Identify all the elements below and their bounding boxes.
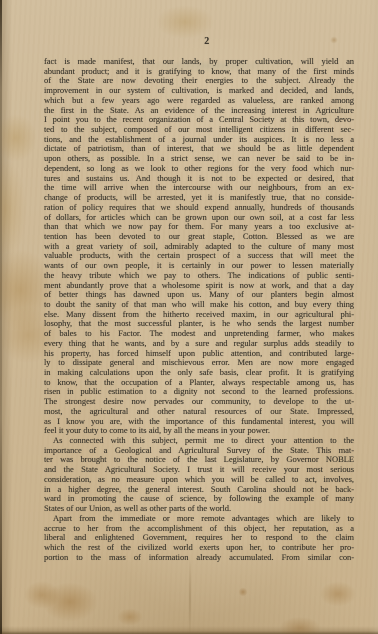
page-number: 2 xyxy=(0,36,378,47)
text-block: fact is made manifest, that our lands, b… xyxy=(44,57,354,562)
scanned-page: 2 fact is made manifest, that our lands,… xyxy=(0,0,378,634)
text-line: portion to the mass of information alrea… xyxy=(44,553,354,563)
